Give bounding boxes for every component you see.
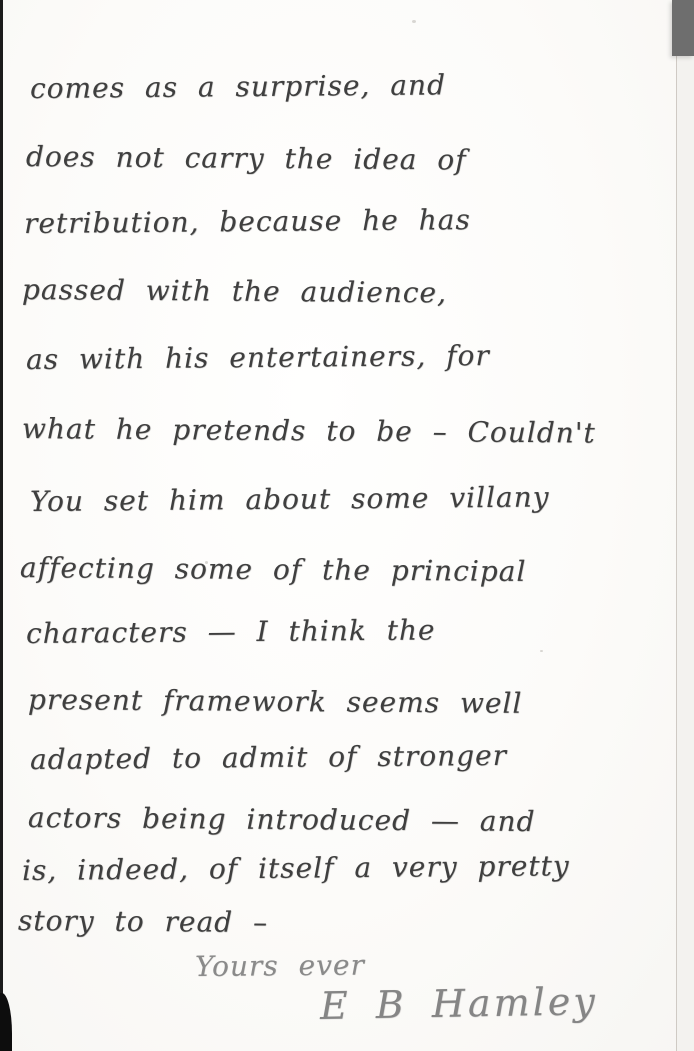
letter-line: what he pretends to be – Couldn't xyxy=(22,412,596,450)
letter-line: is, indeed, of itself a very pretty xyxy=(22,849,570,887)
letter-line: does not carry the idea of xyxy=(26,140,467,176)
letter-line: retribution, because he has xyxy=(24,203,471,240)
letter-line: characters — I think the xyxy=(26,613,436,650)
letter-line: passed with the audience, xyxy=(22,273,447,309)
letter-body: comes as a surprise, and does not carry … xyxy=(0,0,694,1051)
letter-line: present framework seems well xyxy=(28,683,523,720)
letter-line: adapted to admit of stronger xyxy=(30,739,507,776)
letter-signature: E B Hamley xyxy=(320,979,598,1028)
letter-closing: Yours ever xyxy=(195,949,365,983)
letter-line: as with his entertainers, for xyxy=(26,339,490,376)
letter-line: You set him about some villany xyxy=(30,480,550,518)
letter-line: story to read – xyxy=(18,904,268,939)
letter-line: comes as a surprise, and xyxy=(30,68,446,105)
letter-line: actors being introduced — and xyxy=(28,801,536,838)
letter-line: affecting some of the principal xyxy=(20,551,527,588)
letter-scan-page: comes as a surprise, and does not carry … xyxy=(0,0,694,1051)
